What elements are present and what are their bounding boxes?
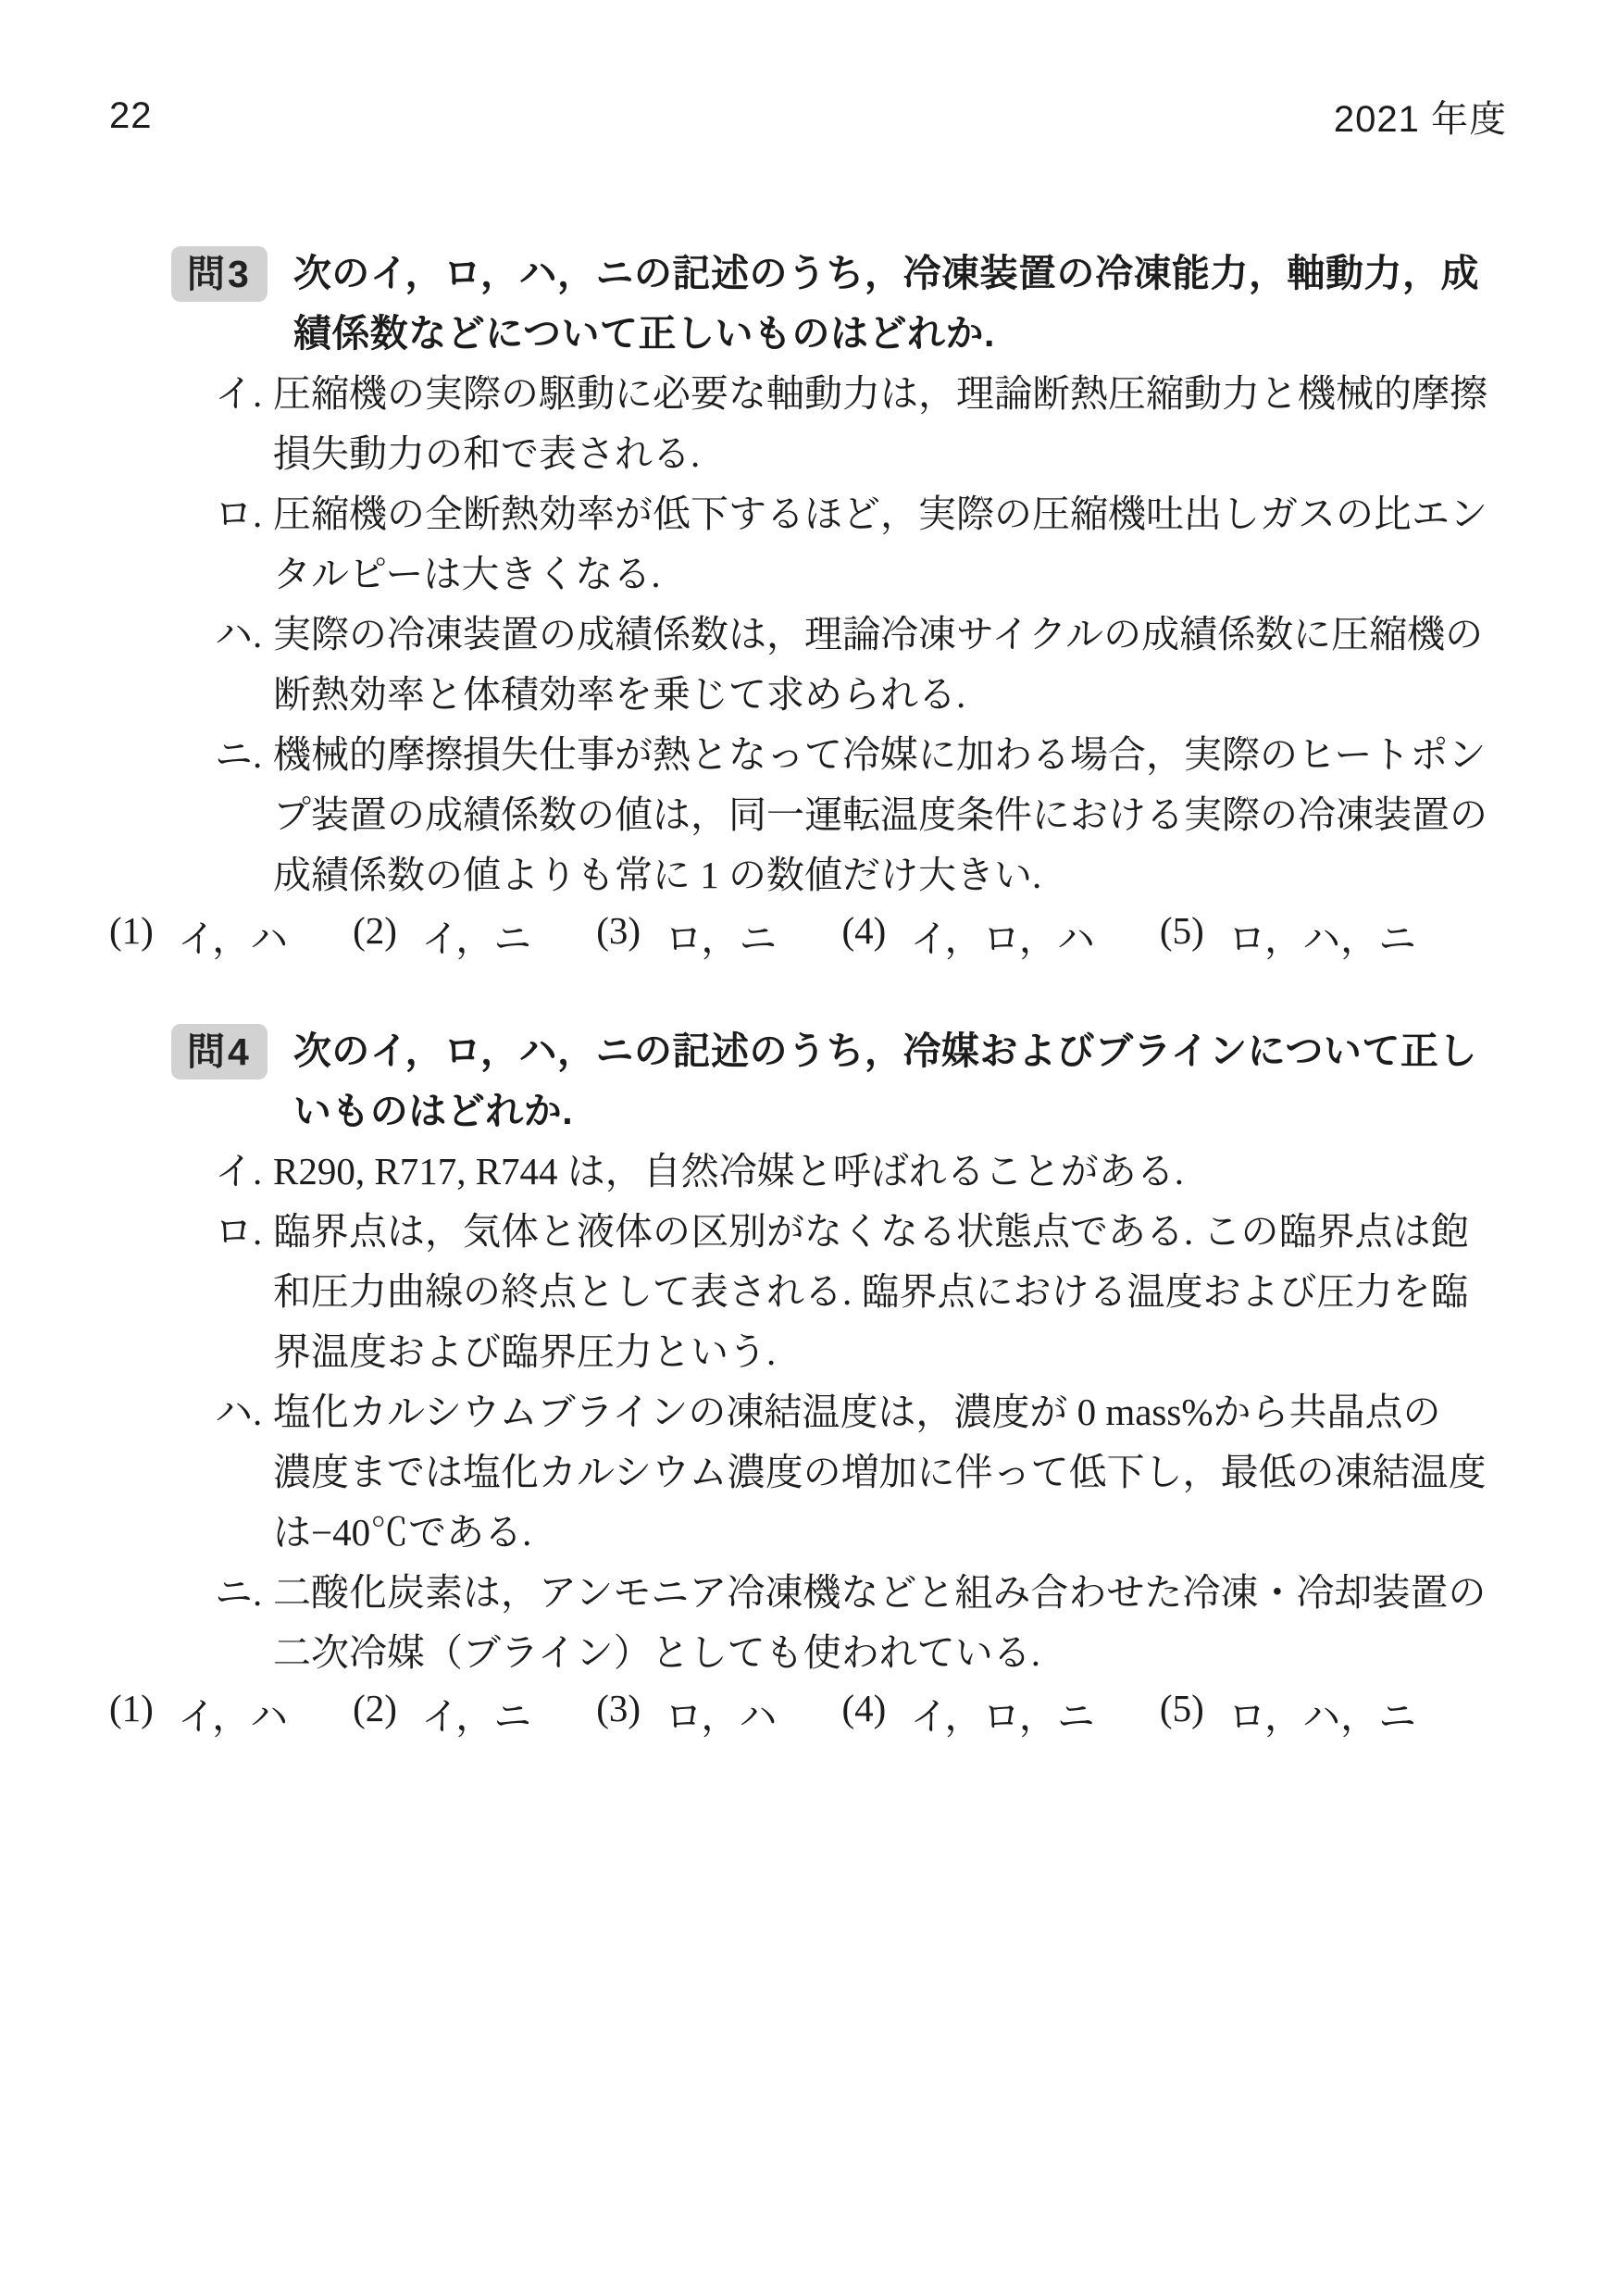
option-item: (4) イ，ロ，ニ — [841, 1686, 1094, 1741]
statement-text: 臨界点は，気体と液体の区別がなくなる状態点である. この臨界点は飽 和圧力曲線の… — [273, 1202, 1469, 1382]
statement-text: R290, R717, R744 は，自然冷媒と呼ばれることがある. — [273, 1142, 1184, 1202]
statement-line: 塩化カルシウムブラインの凍結温度は，濃度が 0 mass%から共晶点の — [273, 1382, 1487, 1442]
statement-ni: ニ. 二酸化炭素は，アンモニア冷凍機などと組み合わせた冷凍・冷却装置の 二次冷媒… — [215, 1563, 1618, 1683]
option-value: イ，ハ — [178, 908, 288, 963]
statement-text: 実際の冷凍装置の成績係数は，理論冷凍サイクルの成績係数に圧縮機の 断熱効率と体積… — [273, 605, 1483, 725]
statement-label: ロ. — [215, 484, 273, 544]
option-value: ロ，ハ，ニ — [1228, 1686, 1416, 1741]
option-number: (3) — [596, 1686, 641, 1741]
statement-ha: ハ. 実際の冷凍装置の成績係数は，理論冷凍サイクルの成績係数に圧縮機の 断熱効率… — [215, 605, 1618, 725]
question-3-header: 問3 次のイ，ロ，ハ，ニの記述のうち，冷凍装置の冷凍能力，軸動力，成 績係数など… — [171, 243, 1618, 364]
statement-line: 臨界点は，気体と液体の区別がなくなる状態点である. この臨界点は飽 — [273, 1202, 1469, 1262]
statement-label: ロ. — [215, 1202, 273, 1262]
option-item: (1) イ，ハ — [109, 908, 288, 963]
option-item: (2) イ，ニ — [353, 1686, 531, 1741]
statement-i: イ. 圧縮機の実際の駆動に必要な軸動力は，理論断熱圧縮動力と機械的摩擦 損失動力… — [215, 364, 1618, 484]
question-title-line: 績係数などについて正しいものはどれか. — [293, 304, 1479, 364]
statement-text: 圧縮機の全断熱効率が低下するほど，実際の圧縮機吐出しガスの比エン タルピーは大き… — [273, 484, 1487, 605]
option-number: (4) — [841, 908, 886, 963]
answer-options-row: (1) イ，ハ (2) イ，ニ (3) ロ，ハ (4) イ，ロ，ニ (5) ロ，… — [109, 1683, 1618, 1743]
question-3-title: 次のイ，ロ，ハ，ニの記述のうち，冷凍装置の冷凍能力，軸動力，成 績係数などについ… — [293, 243, 1479, 364]
option-value: イ，ニ — [421, 1686, 531, 1741]
option-item: (5) ロ，ハ，ニ — [1160, 1686, 1416, 1741]
statement-line: 損失動力の和で表される. — [273, 424, 1487, 484]
statement-line: 濃度までは塩化カルシウム濃度の増加に伴って低下し，最低の凍結温度 — [273, 1442, 1487, 1503]
option-value: イ，ニ — [421, 908, 531, 963]
option-number: (4) — [841, 1686, 886, 1741]
page-number: 22 — [109, 95, 153, 137]
statement-line: 機械的摩擦損失仕事が熱となって冷媒に加わる場合，実際のヒートポン — [273, 725, 1487, 785]
question-title-line: 次のイ，ロ，ハ，ニの記述のうち，冷媒およびブラインについて正し — [293, 1021, 1477, 1081]
statement-line: 二次冷媒（ブライン）としても使われている. — [273, 1623, 1486, 1683]
edition-label: 2021 年度 — [1334, 90, 1507, 143]
option-item: (1) イ，ハ — [109, 1686, 288, 1741]
option-number: (1) — [109, 908, 154, 963]
statement-line: 界温度および臨界圧力という. — [273, 1322, 1469, 1382]
option-value: ロ，ハ — [665, 1686, 777, 1741]
statement-ro: ロ. 臨界点は，気体と液体の区別がなくなる状態点である. この臨界点は飽 和圧力… — [215, 1202, 1618, 1382]
answer-options-row: (1) イ，ハ (2) イ，ニ (3) ロ，ニ (4) イ，ロ，ハ (5) ロ，… — [109, 905, 1618, 966]
question-4-title: 次のイ，ロ，ハ，ニの記述のうち，冷媒およびブラインについて正し いものはどれか. — [293, 1021, 1477, 1142]
option-value: イ，ハ — [178, 1686, 288, 1741]
statement-line: は−40℃である. — [273, 1503, 1487, 1563]
option-item: (5) ロ，ハ，ニ — [1160, 908, 1416, 963]
statement-line: 圧縮機の実際の駆動に必要な軸動力は，理論断熱圧縮動力と機械的摩擦 — [273, 364, 1487, 424]
statement-line: 成績係数の値よりも常に 1 の数値だけ大きい. — [273, 845, 1487, 905]
statement-i: イ. R290, R717, R744 は，自然冷媒と呼ばれることがある. — [215, 1142, 1618, 1202]
option-value: イ，ロ，ハ — [910, 908, 1095, 963]
statement-label: ニ. — [215, 1563, 273, 1623]
statement-line: 圧縮機の全断熱効率が低下するほど，実際の圧縮機吐出しガスの比エン — [273, 484, 1487, 544]
statement-line: 断熱効率と体積効率を乗じて求められる. — [273, 665, 1483, 725]
statement-label: イ. — [215, 364, 273, 424]
statement-label: イ. — [215, 1142, 273, 1202]
option-number: (1) — [109, 1686, 154, 1741]
statement-line: R290, R717, R744 は，自然冷媒と呼ばれることがある. — [273, 1142, 1184, 1202]
statement-text: 二酸化炭素は，アンモニア冷凍機などと組み合わせた冷凍・冷却装置の 二次冷媒（ブラ… — [273, 1563, 1486, 1683]
statement-text: 圧縮機の実際の駆動に必要な軸動力は，理論断熱圧縮動力と機械的摩擦 損失動力の和で… — [273, 364, 1487, 484]
option-value: ロ，ニ — [665, 908, 777, 963]
statement-text: 機械的摩擦損失仕事が熱となって冷媒に加わる場合，実際のヒートポン プ装置の成績係… — [273, 725, 1487, 905]
statement-label: ハ. — [215, 1382, 273, 1442]
question-4-label-badge: 問4 — [171, 1024, 268, 1079]
statement-line: 二酸化炭素は，アンモニア冷凍機などと組み合わせた冷凍・冷却装置の — [273, 1563, 1486, 1623]
statement-line: 実際の冷凍装置の成績係数は，理論冷凍サイクルの成績係数に圧縮機の — [273, 605, 1483, 665]
option-number: (3) — [596, 908, 641, 963]
statement-ro: ロ. 圧縮機の全断熱効率が低下するほど，実際の圧縮機吐出しガスの比エン タルピー… — [215, 484, 1618, 605]
option-number: (2) — [353, 1686, 397, 1741]
statement-label: ハ. — [215, 605, 273, 665]
option-item: (4) イ，ロ，ハ — [841, 908, 1094, 963]
option-value: ロ，ハ，ニ — [1228, 908, 1416, 963]
option-value: イ，ロ，ニ — [910, 1686, 1095, 1741]
page-header: 22 2021 年度 — [109, 93, 1507, 139]
statement-text: 塩化カルシウムブラインの凍結温度は，濃度が 0 mass%から共晶点の 濃度まで… — [273, 1382, 1487, 1563]
option-number: (2) — [353, 908, 397, 963]
question-4-header: 問4 次のイ，ロ，ハ，ニの記述のうち，冷媒およびブラインについて正し いものはど… — [171, 1021, 1618, 1142]
option-number: (5) — [1160, 908, 1204, 963]
question-title-line: いものはどれか. — [293, 1081, 1477, 1142]
option-item: (2) イ，ニ — [353, 908, 531, 963]
statement-ni: ニ. 機械的摩擦損失仕事が熱となって冷媒に加わる場合，実際のヒートポン プ装置の… — [215, 725, 1618, 905]
option-item: (3) ロ，ハ — [596, 1686, 777, 1741]
question-3-section: 問3 次のイ，ロ，ハ，ニの記述のうち，冷凍装置の冷凍能力，軸動力，成 績係数など… — [0, 243, 1618, 966]
exam-content: 問3 次のイ，ロ，ハ，ニの記述のうち，冷凍装置の冷凍能力，軸動力，成 績係数など… — [0, 243, 1618, 1743]
statement-label: ニ. — [215, 725, 273, 785]
question-title-line: 次のイ，ロ，ハ，ニの記述のうち，冷凍装置の冷凍能力，軸動力，成 — [293, 243, 1479, 304]
statement-line: 和圧力曲線の終点として表される. 臨界点における温度および圧力を臨 — [273, 1262, 1469, 1322]
option-number: (5) — [1160, 1686, 1204, 1741]
question-3-label-badge: 問3 — [171, 246, 268, 302]
statement-ha: ハ. 塩化カルシウムブラインの凍結温度は，濃度が 0 mass%から共晶点の 濃… — [215, 1382, 1618, 1563]
statement-line: タルピーは大きくなる. — [273, 544, 1487, 605]
statement-line: プ装置の成績係数の値は，同一運転温度条件における実際の冷凍装置の — [273, 785, 1487, 845]
question-4-section: 問4 次のイ，ロ，ハ，ニの記述のうち，冷媒およびブラインについて正し いものはど… — [0, 1021, 1618, 1743]
option-item: (3) ロ，ニ — [596, 908, 777, 963]
